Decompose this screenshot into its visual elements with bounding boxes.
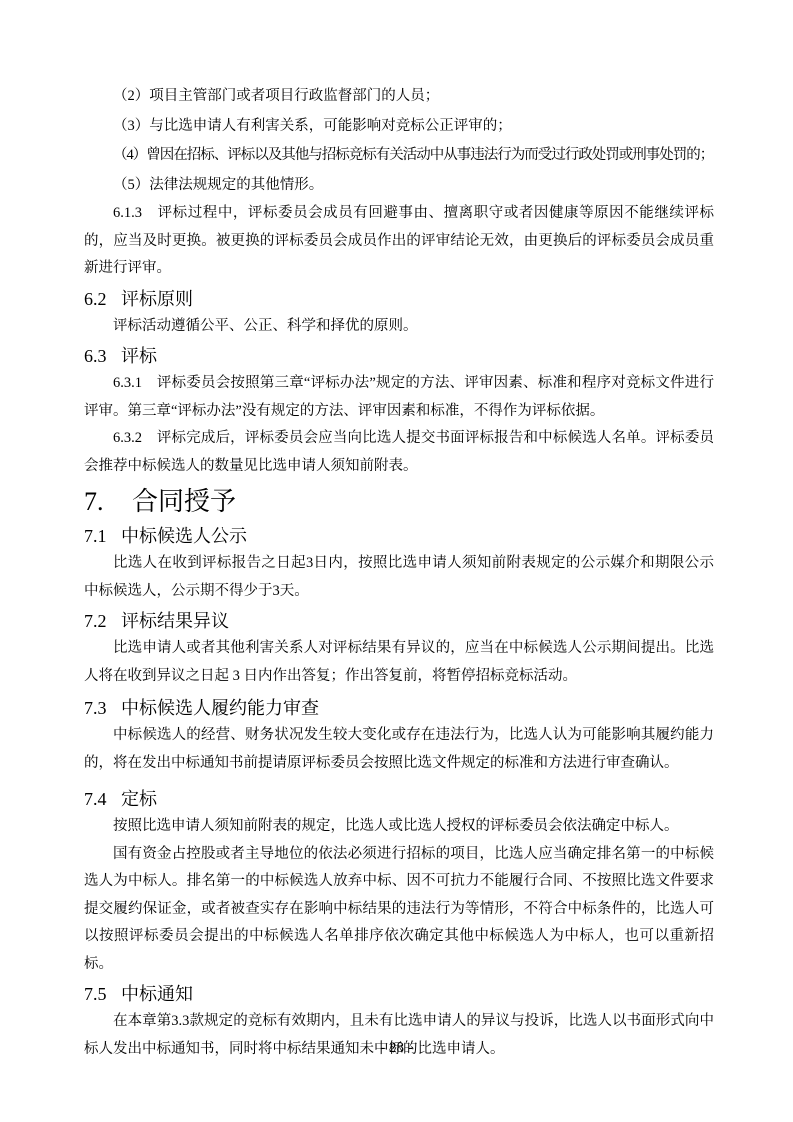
section-title: 评标原则	[121, 289, 193, 309]
list-item-5: （5）法律法规规定的其他情形。	[84, 171, 714, 201]
paragraph-6-2: 评标活动遵循公平、公正、科学和择优的原则。	[84, 313, 714, 341]
section-number: 7.4	[84, 785, 107, 813]
section-title: 评标结果异议	[121, 611, 229, 631]
clause-6-3-1: 6.3.1 评标委员会按照第三章“评标办法”规定的方法、评审因素、标准和程序对竞…	[84, 370, 714, 425]
section-title: 中标通知	[121, 984, 193, 1004]
section-number: 6.2	[84, 285, 107, 313]
section-heading-7-2: 7.2 评标结果异议	[84, 607, 714, 635]
section-title: 中标候选人公示	[121, 526, 247, 546]
list-item-4: （4）曾因在招标、评标以及其他与招标竞标有关活动中从事违法行为而受过行政处罚或刑…	[84, 141, 714, 171]
section-number: 7.2	[84, 607, 107, 635]
section-title: 定标	[121, 789, 157, 809]
paragraph-7-2: 比选申请人或者其他利害关系人对评标结果有异议的，应当在中标候选人公示期间提出。比…	[84, 635, 714, 690]
paragraph-7-4-b: 国有资金占控股或者主导地位的依法必须进行招标的项目，比选人应当确定排名第一的中标…	[84, 841, 714, 979]
page-number: - 28 -	[0, 1038, 793, 1058]
chapter-number: 7.	[84, 484, 104, 520]
section-heading-6-2: 6.2 评标原则	[84, 285, 714, 313]
clause-6-3-2: 6.3.2 评标完成后，评标委员会应当向比选人提交书面评标报告和中标候选人名单。…	[84, 425, 714, 480]
section-heading-7-3: 7.3 中标候选人履约能力审查	[84, 694, 714, 722]
paragraph-7-3: 中标候选人的经营、财务状况发生较大变化或存在违法行为，比选人认为可能影响其履约能…	[84, 722, 714, 777]
paragraph-7-4-a: 按照比选申请人须知前附表的规定，比选人或比选人授权的评标委员会依法确定中标人。	[84, 813, 714, 841]
section-heading-6-3: 6.3 评标	[84, 342, 714, 370]
document-content: （2）项目主管部门或者项目行政监督部门的人员； （3）与比选申请人有利害关系，可…	[84, 82, 714, 1063]
clause-6-1-3: 6.1.3 评标过程中，评标委员会成员有回避事由、擅离职守或者因健康等原因不能继…	[84, 200, 714, 283]
section-heading-7-5: 7.5 中标通知	[84, 980, 714, 1008]
document-page: （2）项目主管部门或者项目行政监督部门的人员； （3）与比选申请人有利害关系，可…	[0, 0, 793, 1122]
section-title: 评标	[121, 346, 157, 366]
list-item-2: （2）项目主管部门或者项目行政监督部门的人员；	[84, 82, 714, 112]
list-item-3: （3）与比选申请人有利害关系，可能影响对竞标公正评审的；	[84, 112, 714, 142]
section-heading-7-1: 7.1 中标候选人公示	[84, 522, 714, 550]
chapter-heading-7: 7. 合同授予	[84, 484, 714, 520]
chapter-title: 合同授予	[132, 487, 236, 516]
section-title: 中标候选人履约能力审查	[121, 698, 319, 718]
paragraph-7-1: 比选人在收到评标报告之日起3日内，按照比选申请人须知前附表规定的公示媒介和期限公…	[84, 550, 714, 605]
section-number: 7.5	[84, 980, 107, 1008]
section-number: 6.3	[84, 342, 107, 370]
section-heading-7-4: 7.4 定标	[84, 785, 714, 813]
section-number: 7.3	[84, 694, 107, 722]
section-number: 7.1	[84, 522, 107, 550]
